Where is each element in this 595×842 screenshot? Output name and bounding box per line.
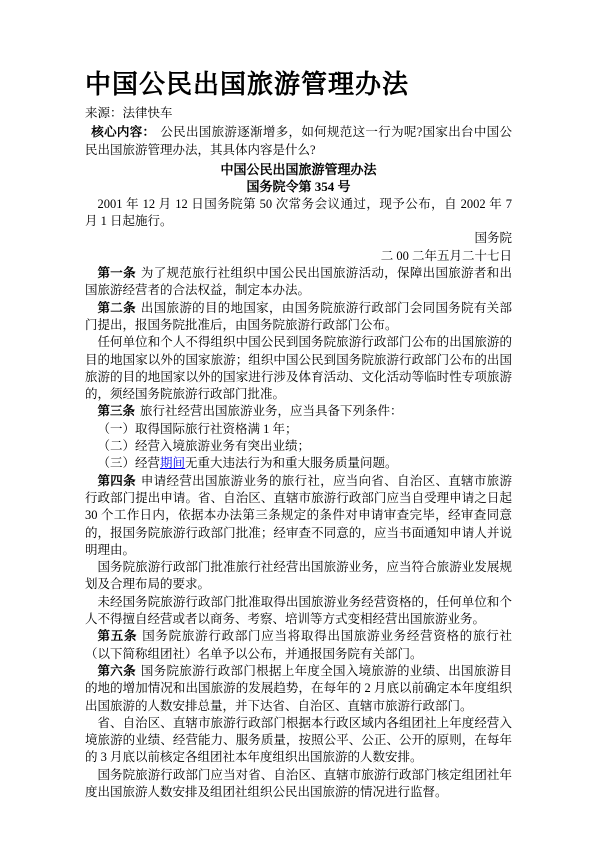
article-1-text: 为了规范旅行社组织中国公民出国旅游活动，保障出国旅游者和出国旅游经营者的合法权益… [85,266,512,297]
page-title: 中国公民出国旅游管理办法 [85,70,512,100]
article-4-text: 申请经营出国旅游业务的旅行社，应当向省、自治区、直辖市旅游行政部门提出申请。省、… [85,474,512,557]
issuer-line: 国务院 [85,230,512,247]
article-3-item-3-post: 无重大违法行为和重大服务质量问题。 [185,456,398,470]
article-2-label: 第二条 [98,301,136,315]
article-4-paragraph: 第四条申请经营出国旅游业务的旅行社，应当向省、自治区、直辖市旅游行政部门提出申请… [85,473,512,559]
article-3-item-1: （一）取得国际旅行社资格满 1 年； [85,421,512,438]
article-2-text: 出国旅游的目的地国家，由国务院旅游行政部门会同国务院有关部门提出，报国务院批准后… [85,301,512,332]
document-page: 中国公民出国旅游管理办法 来源：法律快车 核心内容：公民出国旅游逐渐增多，如何规… [0,0,595,842]
article-1-label: 第一条 [98,266,136,280]
source-value: 法律快车 [123,106,173,120]
article-4-subparagraph-2: 未经国务院旅游行政部门批准取得出国旅游业务经营资格的，任何单位和个人不得擅自经营… [85,594,512,629]
article-3-label: 第三条 [98,404,136,418]
article-3-item-3: （三）经营期间无重大违法行为和重大服务质量问题。 [85,455,512,472]
article-5-paragraph: 第五条国务院旅游行政部门应当将取得出国旅游业务经营资格的旅行社（以下简称组团社）… [85,628,512,663]
article-6-label: 第六条 [98,664,136,678]
article-3-item-3-pre: （三）经营 [98,456,161,470]
issue-date-line: 二 00 二年五月二十七日 [85,248,512,265]
article-6-text: 国务院旅游行政部门根据上年度全国入境旅游的业绩、出国旅游目的地的增加情况和出国旅… [85,664,512,713]
article-6-paragraph: 第六条国务院旅游行政部门根据上年度全国入境旅游的业绩、出国旅游目的地的增加情况和… [85,663,512,715]
qijian-link[interactable]: 期间 [160,456,185,470]
decree-number: 国务院令第 354 号 [85,179,512,195]
article-2-subparagraph: 任何单位和个人不得组织中国公民到国务院旅游行政部门公布的出国旅游的目的地国家以外… [85,334,512,403]
article-5-label: 第五条 [98,629,138,643]
article-3-item-2: （二）经营入境旅游业务有突出业绩； [85,438,512,455]
core-summary: 核心内容：公民出国旅游逐渐增多，如何规范这一行为呢?国家出台中国公民出国旅游管理… [85,124,512,159]
article-6-subparagraph-1: 省、自治区、直辖市旅游行政部门根据本行政区域内各组团社上年度经营入境旅游的业绩、… [85,715,512,767]
article-1-paragraph: 第一条为了规范旅行社组织中国公民出国旅游活动，保障出国旅游者和出国旅游经营者的合… [85,265,512,300]
article-2-paragraph: 第二条出国旅游的目的地国家，由国务院旅游行政部门会同国务院有关部门提出，报国务院… [85,300,512,335]
article-6-subparagraph-2: 国务院旅游行政部门应当对省、自治区、直辖市旅游行政部门核定组团社年度出国旅游人数… [85,767,512,802]
source-line: 来源：法律快车 [85,105,512,122]
core-summary-label: 核心内容： [91,125,155,139]
article-3-paragraph: 第三条旅行社经营出国旅游业务，应当具备下列条件： [85,403,512,420]
article-3-text: 旅行社经营出国旅游业务，应当具备下列条件： [140,404,403,418]
article-4-subparagraph-1: 国务院旅游行政部门批准旅行社经营出国旅游业务，应当符合旅游业发展规划及合理布局的… [85,559,512,594]
source-label: 来源： [85,106,123,120]
decree-title: 中国公民出国旅游管理办法 [85,162,512,178]
promulgation-note: 2001 年 12 月 12 日国务院第 50 次常务会议通过，现予公布，自 2… [85,196,512,231]
article-4-label: 第四条 [98,474,136,488]
article-5-text: 国务院旅游行政部门应当将取得出国旅游业务经营资格的旅行社（以下简称组团社）名单予… [85,629,512,660]
